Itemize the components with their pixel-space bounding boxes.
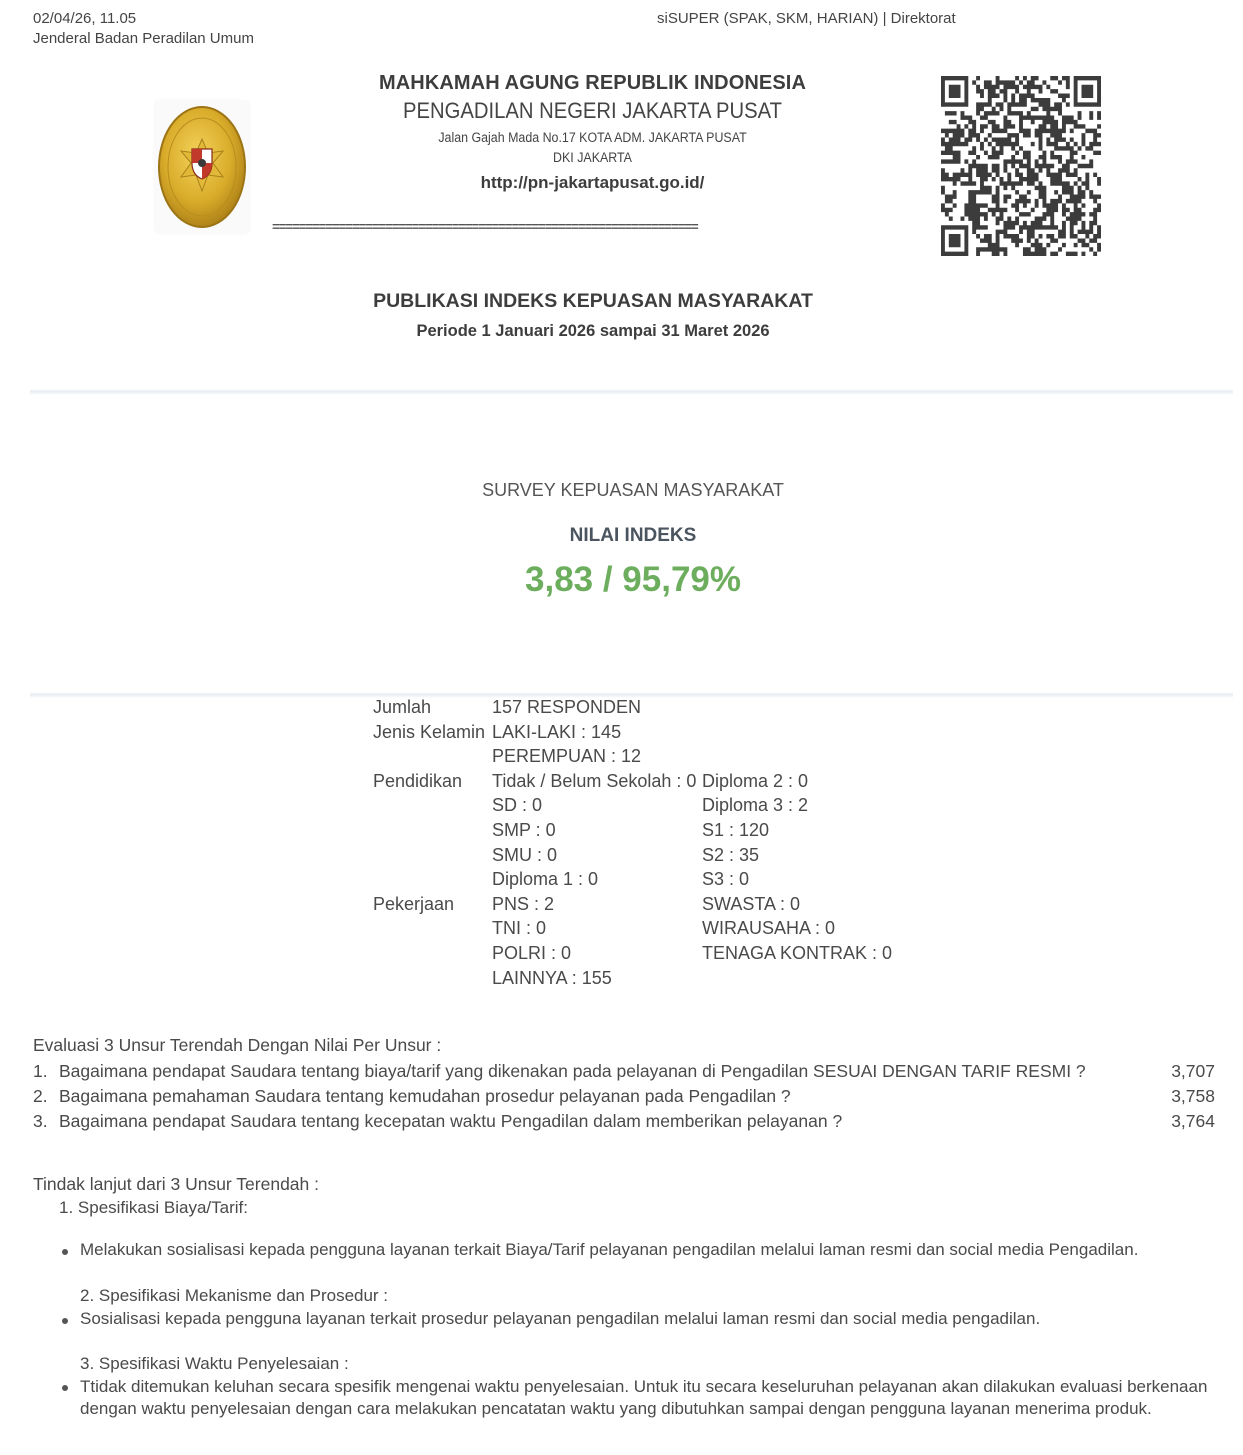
- bullet-icon: [62, 1385, 68, 1391]
- print-source-title-cont: Jenderal Badan Peradilan Umum: [33, 30, 254, 47]
- print-source-title: siSUPER (SPAK, SKM, HARIAN) | Direktorat: [657, 10, 956, 27]
- demographic-label: Pekerjaan: [373, 892, 454, 917]
- print-datetime: 02/04/26, 11.05: [33, 10, 136, 27]
- index-value: 3,83 / 95,79%: [0, 560, 1243, 600]
- follow-up-action-1: Melakukan sosialisasi kepada pengguna la…: [80, 1240, 1138, 1260]
- evaluation-number: 2.: [33, 1084, 48, 1109]
- demographic-value: Diploma 3 : 2: [702, 793, 808, 818]
- evaluation-question: Bagaimana pemahaman Saudara tentang kemu…: [59, 1084, 791, 1109]
- demographic-label: Pendidikan: [373, 769, 462, 794]
- demographic-value: SD : 0: [492, 793, 542, 818]
- publication-period: Periode 1 Januari 2026 sampai 31 Maret 2…: [0, 322, 1186, 341]
- court-address-line1: Jalan Gajah Mada No.17 KOTA ADM. JAKARTA…: [296, 128, 889, 148]
- evaluation-question: Bagaimana pendapat Saudara tentang kecep…: [59, 1109, 842, 1134]
- demographic-value: Diploma 2 : 0: [702, 769, 808, 794]
- demographic-value: Tidak / Belum Sekolah : 0: [492, 769, 696, 794]
- demographic-value: TNI : 0: [492, 916, 546, 941]
- evaluation-title: Evaluasi 3 Unsur Terendah Dengan Nilai P…: [33, 1035, 441, 1056]
- court-address-line2: DKI JAKARTA: [296, 148, 889, 168]
- demographic-value: WIRAUSAHA : 0: [702, 916, 835, 941]
- evaluation-list: 1.Bagaimana pendapat Saudara tentang bia…: [33, 1059, 1215, 1134]
- survey-title: SURVEY KEPUASAN MASYARAKAT: [0, 480, 1243, 501]
- letterhead: MAHKAMAH AGUNG REPUBLIK INDONESIA PENGAD…: [270, 70, 915, 195]
- demographic-value: POLRI : 0: [492, 941, 571, 966]
- court-name: PENGADILAN NEGERI JAKARTA PUSAT: [296, 96, 889, 126]
- evaluation-question: Bagaimana pendapat Saudara tentang biaya…: [59, 1059, 1086, 1084]
- evaluation-item: 2.Bagaimana pemahaman Saudara tentang ke…: [33, 1084, 1215, 1109]
- demographic-label: Jenis Kelamin: [373, 720, 485, 745]
- follow-up-heading-2: 2. Spesifikasi Mekanisme dan Prosedur :: [80, 1286, 388, 1306]
- follow-up-heading-3: 3. Spesifikasi Waktu Penyelesaian :: [80, 1354, 349, 1374]
- demographic-value: S3 : 0: [702, 867, 749, 892]
- evaluation-score: 3,758: [1171, 1084, 1215, 1109]
- demographic-value: SMU : 0: [492, 843, 557, 868]
- court-website-link[interactable]: http://pn-jakartapusat.go.id/: [270, 171, 915, 195]
- mahkamah-agung-emblem-icon: [155, 101, 249, 233]
- evaluation-item: 3.Bagaimana pendapat Saudara tentang kec…: [33, 1109, 1215, 1134]
- follow-up-heading-1: 1. Spesifikasi Biaya/Tarif:: [59, 1198, 248, 1218]
- demographic-value: 157 RESPONDEN: [492, 695, 641, 720]
- index-label: NILAI INDEKS: [0, 525, 1243, 547]
- demographic-value: S1 : 120: [702, 818, 769, 843]
- institution-name: MAHKAMAH AGUNG REPUBLIK INDONESIA: [270, 70, 915, 96]
- follow-up-title: Tindak lanjut dari 3 Unsur Terendah :: [33, 1174, 319, 1195]
- section-divider: [30, 389, 1233, 395]
- demographic-label: Jumlah: [373, 695, 431, 720]
- bullet-icon: [62, 1249, 68, 1255]
- demographic-value: TENAGA KONTRAK : 0: [702, 941, 892, 966]
- bullet-icon: [62, 1318, 68, 1324]
- evaluation-number: 3.: [33, 1109, 48, 1134]
- follow-up-action-3: Ttidak ditemukan keluhan secara spesifik…: [80, 1376, 1220, 1419]
- evaluation-score: 3,707: [1171, 1059, 1215, 1084]
- demographic-value: SMP : 0: [492, 818, 556, 843]
- demographic-value: LAINNYA : 155: [492, 966, 612, 991]
- demographic-value: SWASTA : 0: [702, 892, 800, 917]
- follow-up-action-2: Sosialisasi kepada pengguna layanan terk…: [80, 1309, 1040, 1329]
- evaluation-item: 1.Bagaimana pendapat Saudara tentang bia…: [33, 1059, 1215, 1084]
- publication-title: PUBLIKASI INDEKS KEPUASAN MASYARAKAT: [0, 290, 1186, 313]
- evaluation-number: 1.: [33, 1059, 48, 1084]
- qr-code-icon: [935, 70, 1107, 262]
- demographic-value: PEREMPUAN : 12: [492, 744, 641, 769]
- demographic-value: S2 : 35: [702, 843, 759, 868]
- letterhead-separator: ========================================…: [272, 221, 913, 235]
- demographic-value: PNS : 2: [492, 892, 554, 917]
- evaluation-score: 3,764: [1171, 1109, 1215, 1134]
- demographic-value: Diploma 1 : 0: [492, 867, 598, 892]
- demographic-value: LAKI-LAKI : 145: [492, 720, 621, 745]
